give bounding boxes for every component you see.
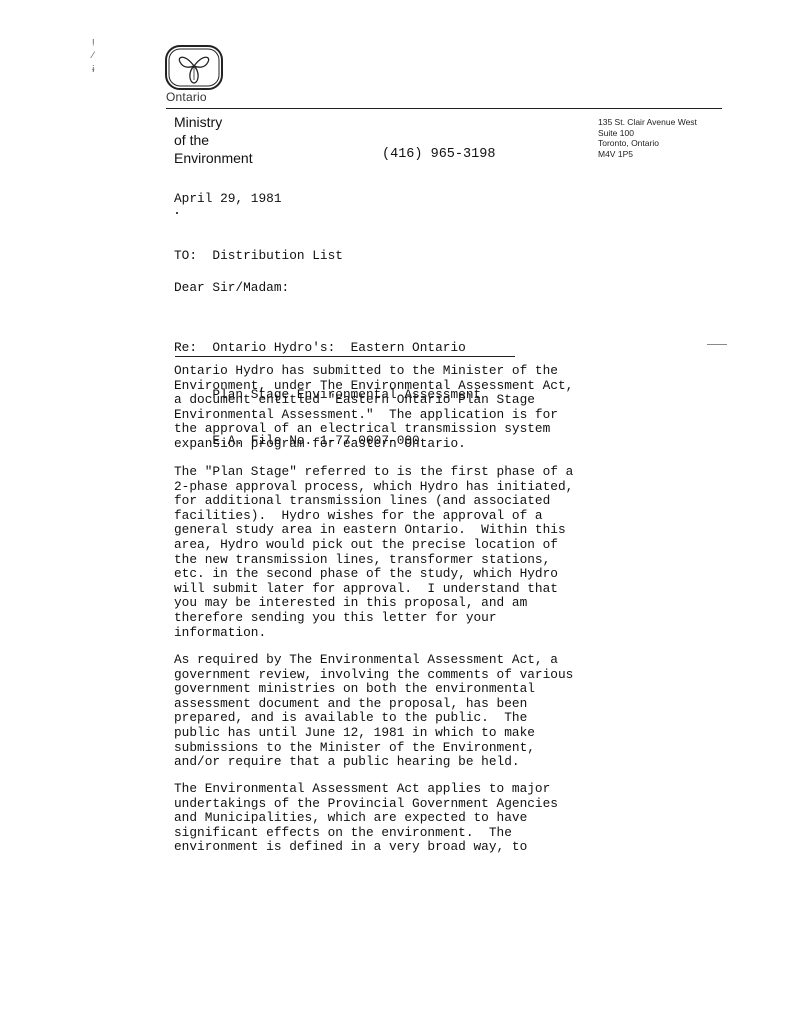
- scan-artifact-dash: [707, 344, 727, 345]
- paragraph-line: a document entitled "Eastern Ontario Pla…: [174, 393, 573, 408]
- address-line: Suite 100: [598, 128, 697, 139]
- paragraph-line: assessment document and the proposal, ha…: [174, 697, 573, 712]
- address-line: M4V 1P5: [598, 149, 697, 160]
- subject-line: Re: Ontario Hydro's: Eastern Ontario: [174, 340, 481, 356]
- paragraph-line: for additional transmission lines (and a…: [174, 494, 573, 509]
- address-line: Toronto, Ontario: [598, 138, 697, 149]
- paragraph-line: government ministries on both the enviro…: [174, 682, 573, 697]
- address-line: 135 St. Clair Avenue West: [598, 117, 697, 128]
- paragraph-line: you may be interested in this proposal, …: [174, 596, 573, 611]
- letter-page: ı̣⁄ɨ Ontario Ministry of the Environment…: [0, 0, 794, 1024]
- paragraph-line: The "Plan Stage" referred to is the firs…: [174, 465, 573, 480]
- paragraph-line: significant effects on the environment. …: [174, 826, 558, 841]
- paragraph-line: will submit later for approval. I unders…: [174, 582, 573, 597]
- paragraph-line: facilities). Hydro wishes for the approv…: [174, 509, 573, 524]
- paragraph-line: and Municipalities, which are expected t…: [174, 811, 558, 826]
- paragraph-line: Ontario Hydro has submitted to the Minis…: [174, 364, 573, 379]
- paragraph-line: the new transmission lines, transformer …: [174, 553, 573, 568]
- ministry-line: Environment: [174, 149, 253, 167]
- paragraph-line: prepared, and is available to the public…: [174, 711, 573, 726]
- ministry-name: Ministry of the Environment: [174, 113, 253, 167]
- paragraph-line: 2-phase approval process, which Hydro ha…: [174, 480, 573, 495]
- ministry-line: of the: [174, 131, 253, 149]
- paragraph-line: The Environmental Assessment Act applies…: [174, 782, 558, 797]
- paragraph-line: and/or require that a public hearing be …: [174, 755, 573, 770]
- paragraph: The "Plan Stage" referred to is the firs…: [174, 465, 573, 640]
- paragraph-line: information.: [174, 626, 573, 641]
- trillium-icon: [163, 44, 225, 90]
- scan-artifact-dot: [176, 212, 178, 214]
- paragraph-line: As required by The Environmental Assessm…: [174, 653, 573, 668]
- letterhead-divider: [166, 108, 722, 109]
- letter-date: April 29, 1981: [174, 191, 282, 206]
- paragraph-line: submissions to the Minister of the Envir…: [174, 741, 573, 756]
- salutation: Dear Sir/Madam:: [174, 280, 289, 295]
- paragraph-line: area, Hydro would pick out the precise l…: [174, 538, 573, 553]
- paragraph-line: therefore sending you this letter for yo…: [174, 611, 573, 626]
- paragraph: The Environmental Assessment Act applies…: [174, 782, 558, 855]
- paragraph: Ontario Hydro has submitted to the Minis…: [174, 364, 573, 452]
- paragraph-line: etc. in the second phase of the study, w…: [174, 567, 573, 582]
- paragraph-line: Environment, under The Environmental Ass…: [174, 379, 573, 394]
- paragraph-line: public has until June 12, 1981 in which …: [174, 726, 573, 741]
- ministry-line: Ministry: [174, 113, 253, 131]
- province-name: Ontario: [166, 90, 207, 104]
- ministry-address: 135 St. Clair Avenue West Suite 100 Toro…: [598, 117, 697, 159]
- paragraph-line: government review, involving the comment…: [174, 668, 573, 683]
- paragraph-line: general study area in eastern Ontario. W…: [174, 523, 573, 538]
- paragraph-line: undertakings of the Provincial Governmen…: [174, 797, 558, 812]
- scan-artifact-marks: ı̣⁄ɨ: [92, 35, 95, 77]
- paragraph: As required by The Environmental Assessm…: [174, 653, 573, 770]
- subject-underline: [175, 356, 515, 357]
- recipient-line: TO: Distribution List: [174, 248, 343, 263]
- paragraph-line: the approval of an electrical transmissi…: [174, 422, 573, 437]
- phone-number: (416) 965-3198: [382, 147, 495, 162]
- paragraph-line: environment is defined in a very broad w…: [174, 840, 558, 855]
- paragraph-line: Environmental Assessment." The applicati…: [174, 408, 573, 423]
- paragraph-line: expansion program for eastern Ontario.: [174, 437, 573, 452]
